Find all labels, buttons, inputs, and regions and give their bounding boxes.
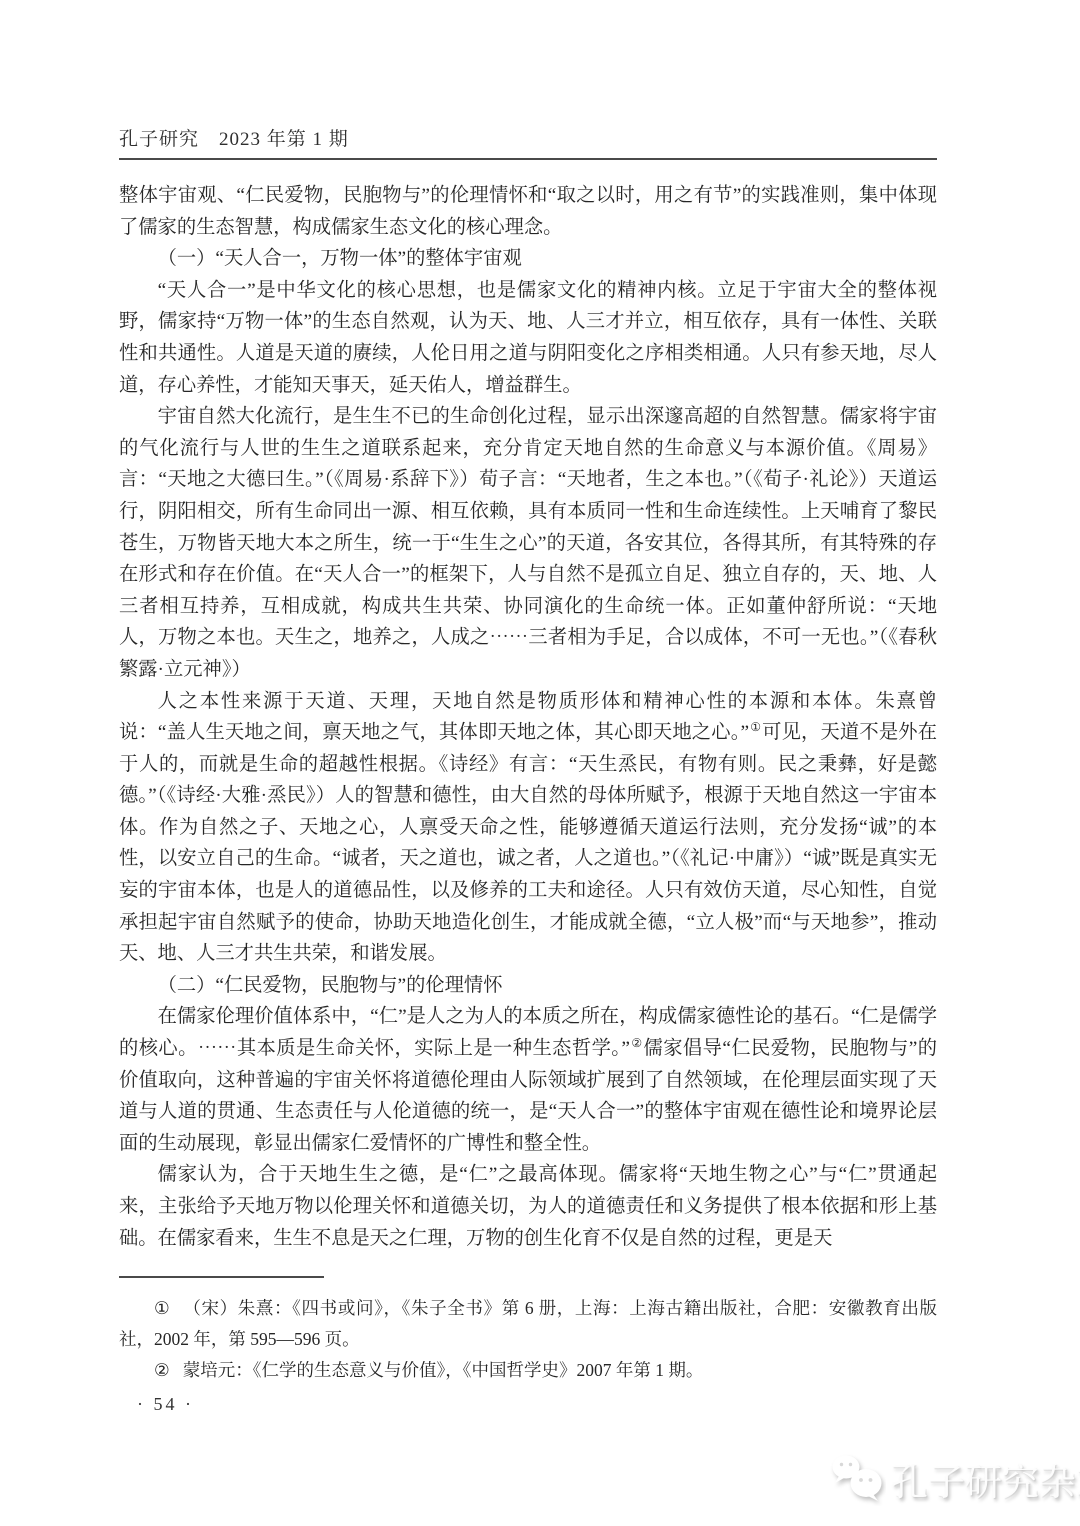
paragraph-text: 可见，天道不是外在于人的，而就是生命的超越性根据。《诗经》有言：“天生烝民，有物… (119, 722, 937, 964)
paragraph-continuation: 整体宇宙观、“仁民爱物，民胞物与”的伦理情怀和“取之以时，用之有节”的实践准则，… (119, 180, 937, 243)
footnote-1-text: （宋）朱熹：《四书或问》，《朱子全书》第 6 册，上海：上海古籍出版社，合肥：安… (119, 1298, 937, 1349)
footnote-divider (119, 1276, 324, 1278)
footnote-ref-2: ② (630, 1036, 644, 1050)
running-head: 孔子研究2023 年第 1 期 (119, 124, 937, 160)
footnote-2: ②蒙培元：《仁学的生态意义与价值》，《中国哲学史》2007 年第 1 期。 (119, 1355, 937, 1386)
paragraph-ren-highest: 儒家认为，合于天地生生之德，是“仁”之最高体现。儒家将“天地生物之心”与“仁”贯… (119, 1159, 937, 1254)
wechat-icon (830, 1452, 886, 1506)
journal-title: 孔子研究 (119, 129, 199, 150)
footnote-2-marker: ② (154, 1360, 170, 1380)
section-heading-2: （二）“仁民爱物，民胞物与”的伦理情怀 (119, 970, 937, 1002)
footnote-1: ①（宋）朱熹：《四书或问》，《朱子全书》第 6 册，上海：上海古籍出版社，合肥：… (119, 1293, 937, 1355)
paragraph-cosmos: 宇宙自然大化流行，是生生不已的生命创化过程，显示出深邃高超的自然智慧。儒家将宇宙… (119, 401, 937, 685)
page-number: · 54 · (137, 1394, 194, 1415)
footnote-ref-1: ① (749, 720, 762, 734)
journal-issue: 2023 年第 1 期 (219, 129, 349, 150)
paragraph-ren-ethics: 在儒家伦理价值体系中，“仁”是人之为人的本质之所在，构成儒家德性论的基石。“仁是… (119, 1001, 937, 1159)
article-body: 整体宇宙观、“仁民爱物，民胞物与”的伦理情怀和“取之以时，用之有节”的实践准则，… (119, 180, 937, 1254)
footnote-1-marker: ① (154, 1298, 170, 1318)
paragraph-human-nature: 人之本性来源于天道、天理，天地自然是物质形体和精神心性的本源和本体。朱熹曾说：“… (119, 686, 937, 970)
paragraph-tianren: “天人合一”是中华文化的核心思想，也是儒家文化的精神内核。立足于宇宙大全的整体视… (119, 275, 937, 401)
journal-page: 孔子研究2023 年第 1 期 整体宇宙观、“仁民爱物，民胞物与”的伦理情怀和“… (0, 0, 1080, 1526)
watermark: 孔子研究杂志 (830, 1452, 1080, 1506)
footnote-2-text: 蒙培元：《仁学的生态意义与价值》，《中国哲学史》2007 年第 1 期。 (183, 1360, 704, 1380)
footnotes-section: ①（宋）朱熹：《四书或问》，《朱子全书》第 6 册，上海：上海古籍出版社，合肥：… (119, 1276, 937, 1386)
watermark-label: 孔子研究杂志 (891, 1452, 1080, 1506)
section-heading-1: （一）“天人合一，万物一体”的整体宇宙观 (119, 243, 937, 275)
